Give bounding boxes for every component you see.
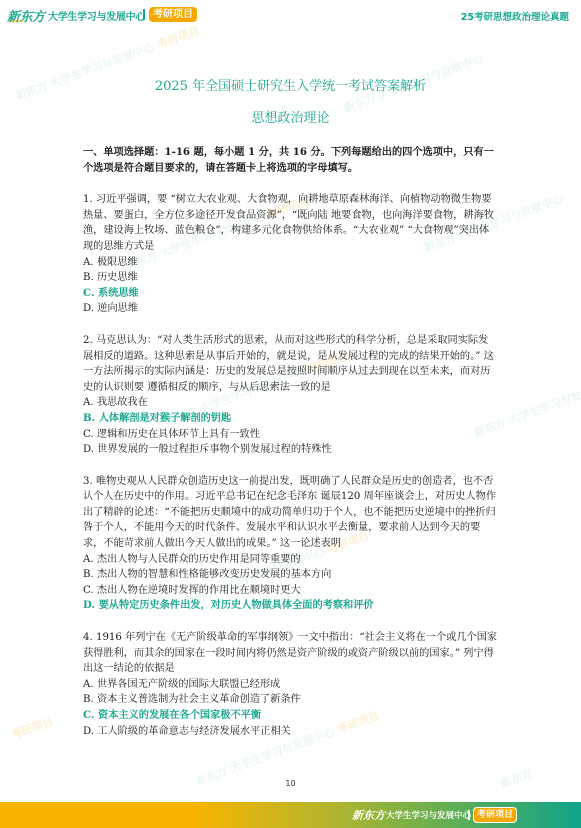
page-number: 10	[0, 779, 581, 788]
question-stem: 4. 1916 年列宁在《无产阶级革命的军事纲领》一文中指出：“社会主义将在一个…	[83, 630, 498, 677]
question-stem: 3. 唯物史观从人民群众创造历史这一前提出发，既明确了人民群众是历史的创造者，也…	[83, 474, 498, 552]
divider	[143, 9, 145, 20]
option-c: C. 逻辑和历史在具体环节上具有一致性	[83, 427, 498, 443]
footer-project-badge: 考研项目	[473, 807, 517, 823]
option-d-answer: D. 要从特定历史条件出发，对历史人物做具体全面的考察和评价	[83, 598, 498, 614]
project-badge: 考研项目	[149, 7, 197, 22]
option-a: A. 杰出人物与人民群众的历史作用是同等重要的	[83, 552, 498, 568]
footer-xdf-logo: 新东方	[352, 807, 385, 823]
option-b-answer: B. 人体解剖是对猴子解剖的钥匙	[83, 411, 498, 427]
option-b: B. 历史思维	[83, 270, 498, 286]
question-stem: 2. 马克思认为：“对人类生活形式的思索，从而对这些形式的科学分析，总是采取同实…	[83, 333, 498, 395]
xdf-logo-subtext: XDF.CN	[11, 19, 23, 23]
footer-divider	[468, 810, 470, 820]
option-c-answer: C. 资本主义的发展在各个国家极不平衡	[83, 708, 498, 724]
option-d: D. 世界发展的一般过程拒斥事物个别发展过程的特殊性	[83, 442, 498, 458]
question-2: 2. 马克思认为：“对人类生活形式的思索，从而对这些形式的科学分析，总是采取同实…	[83, 333, 498, 458]
question-stem: 1. 习近平强调，要 “树立大农业观、大食物观，向耕地草原森林海洋、向植物动物微…	[83, 192, 498, 254]
option-a: A. 极限思维	[83, 255, 498, 271]
question-3: 3. 唯物史观从人民群众创造历史这一前提出发，既明确了人民群众是历史的创造者，也…	[83, 474, 498, 614]
option-a: A. 我思故我在	[83, 395, 498, 411]
org-name: 大学生学习与发展中心	[48, 8, 145, 23]
watermark: 考研项目	[9, 713, 56, 743]
page-header: 新东方 XDF.CN 大学生学习与发展中心 考研项目 25考研思想政治理论真题	[0, 0, 581, 34]
option-c: C. 杰出人物在逆境时发挥的作用比在顺境时更大	[83, 583, 498, 599]
question-4: 4. 1916 年列宁在《无产阶级革命的军事纲领》一文中指出：“社会主义将在一个…	[83, 630, 498, 739]
option-d: D. 工人阶级的革命意志与经济发展水平正相关	[83, 724, 498, 740]
subject-title: 思想政治理论	[0, 107, 581, 126]
option-d: D. 逆向思维	[83, 301, 498, 317]
option-b: B. 资本主义普选制为社会主义革命创造了新条件	[83, 692, 498, 708]
question-1: 1. 习近平强调，要 “树立大农业观、大食物观，向耕地草原森林海洋、向植物动物微…	[83, 192, 498, 317]
document-body: 一、单项选择题：1-16 题，每小题 1 分，共 16 分。下列每题给出的四个选…	[83, 145, 498, 755]
option-c-answer: C. 系统思维	[83, 286, 498, 302]
option-b: B. 杰出人物的智慧和性格能够改变历史发展的基本方向	[83, 567, 498, 583]
footer-org-name: 大学生学习与发展中心	[386, 809, 471, 821]
option-a: A. 世界各国无产阶级的国际大联盟已经形成	[83, 677, 498, 693]
page-footer: 新东方 大学生学习与发展中心 考研项目	[0, 802, 581, 828]
header-doc-title: 25考研思想政治理论真题	[461, 9, 569, 23]
section-heading: 一、单项选择题：1-16 题，每小题 1 分，共 16 分。下列每题给出的四个选…	[83, 145, 498, 176]
document-title: 2025 年全国硕士研究生入学统一考试答案解析	[0, 75, 581, 94]
